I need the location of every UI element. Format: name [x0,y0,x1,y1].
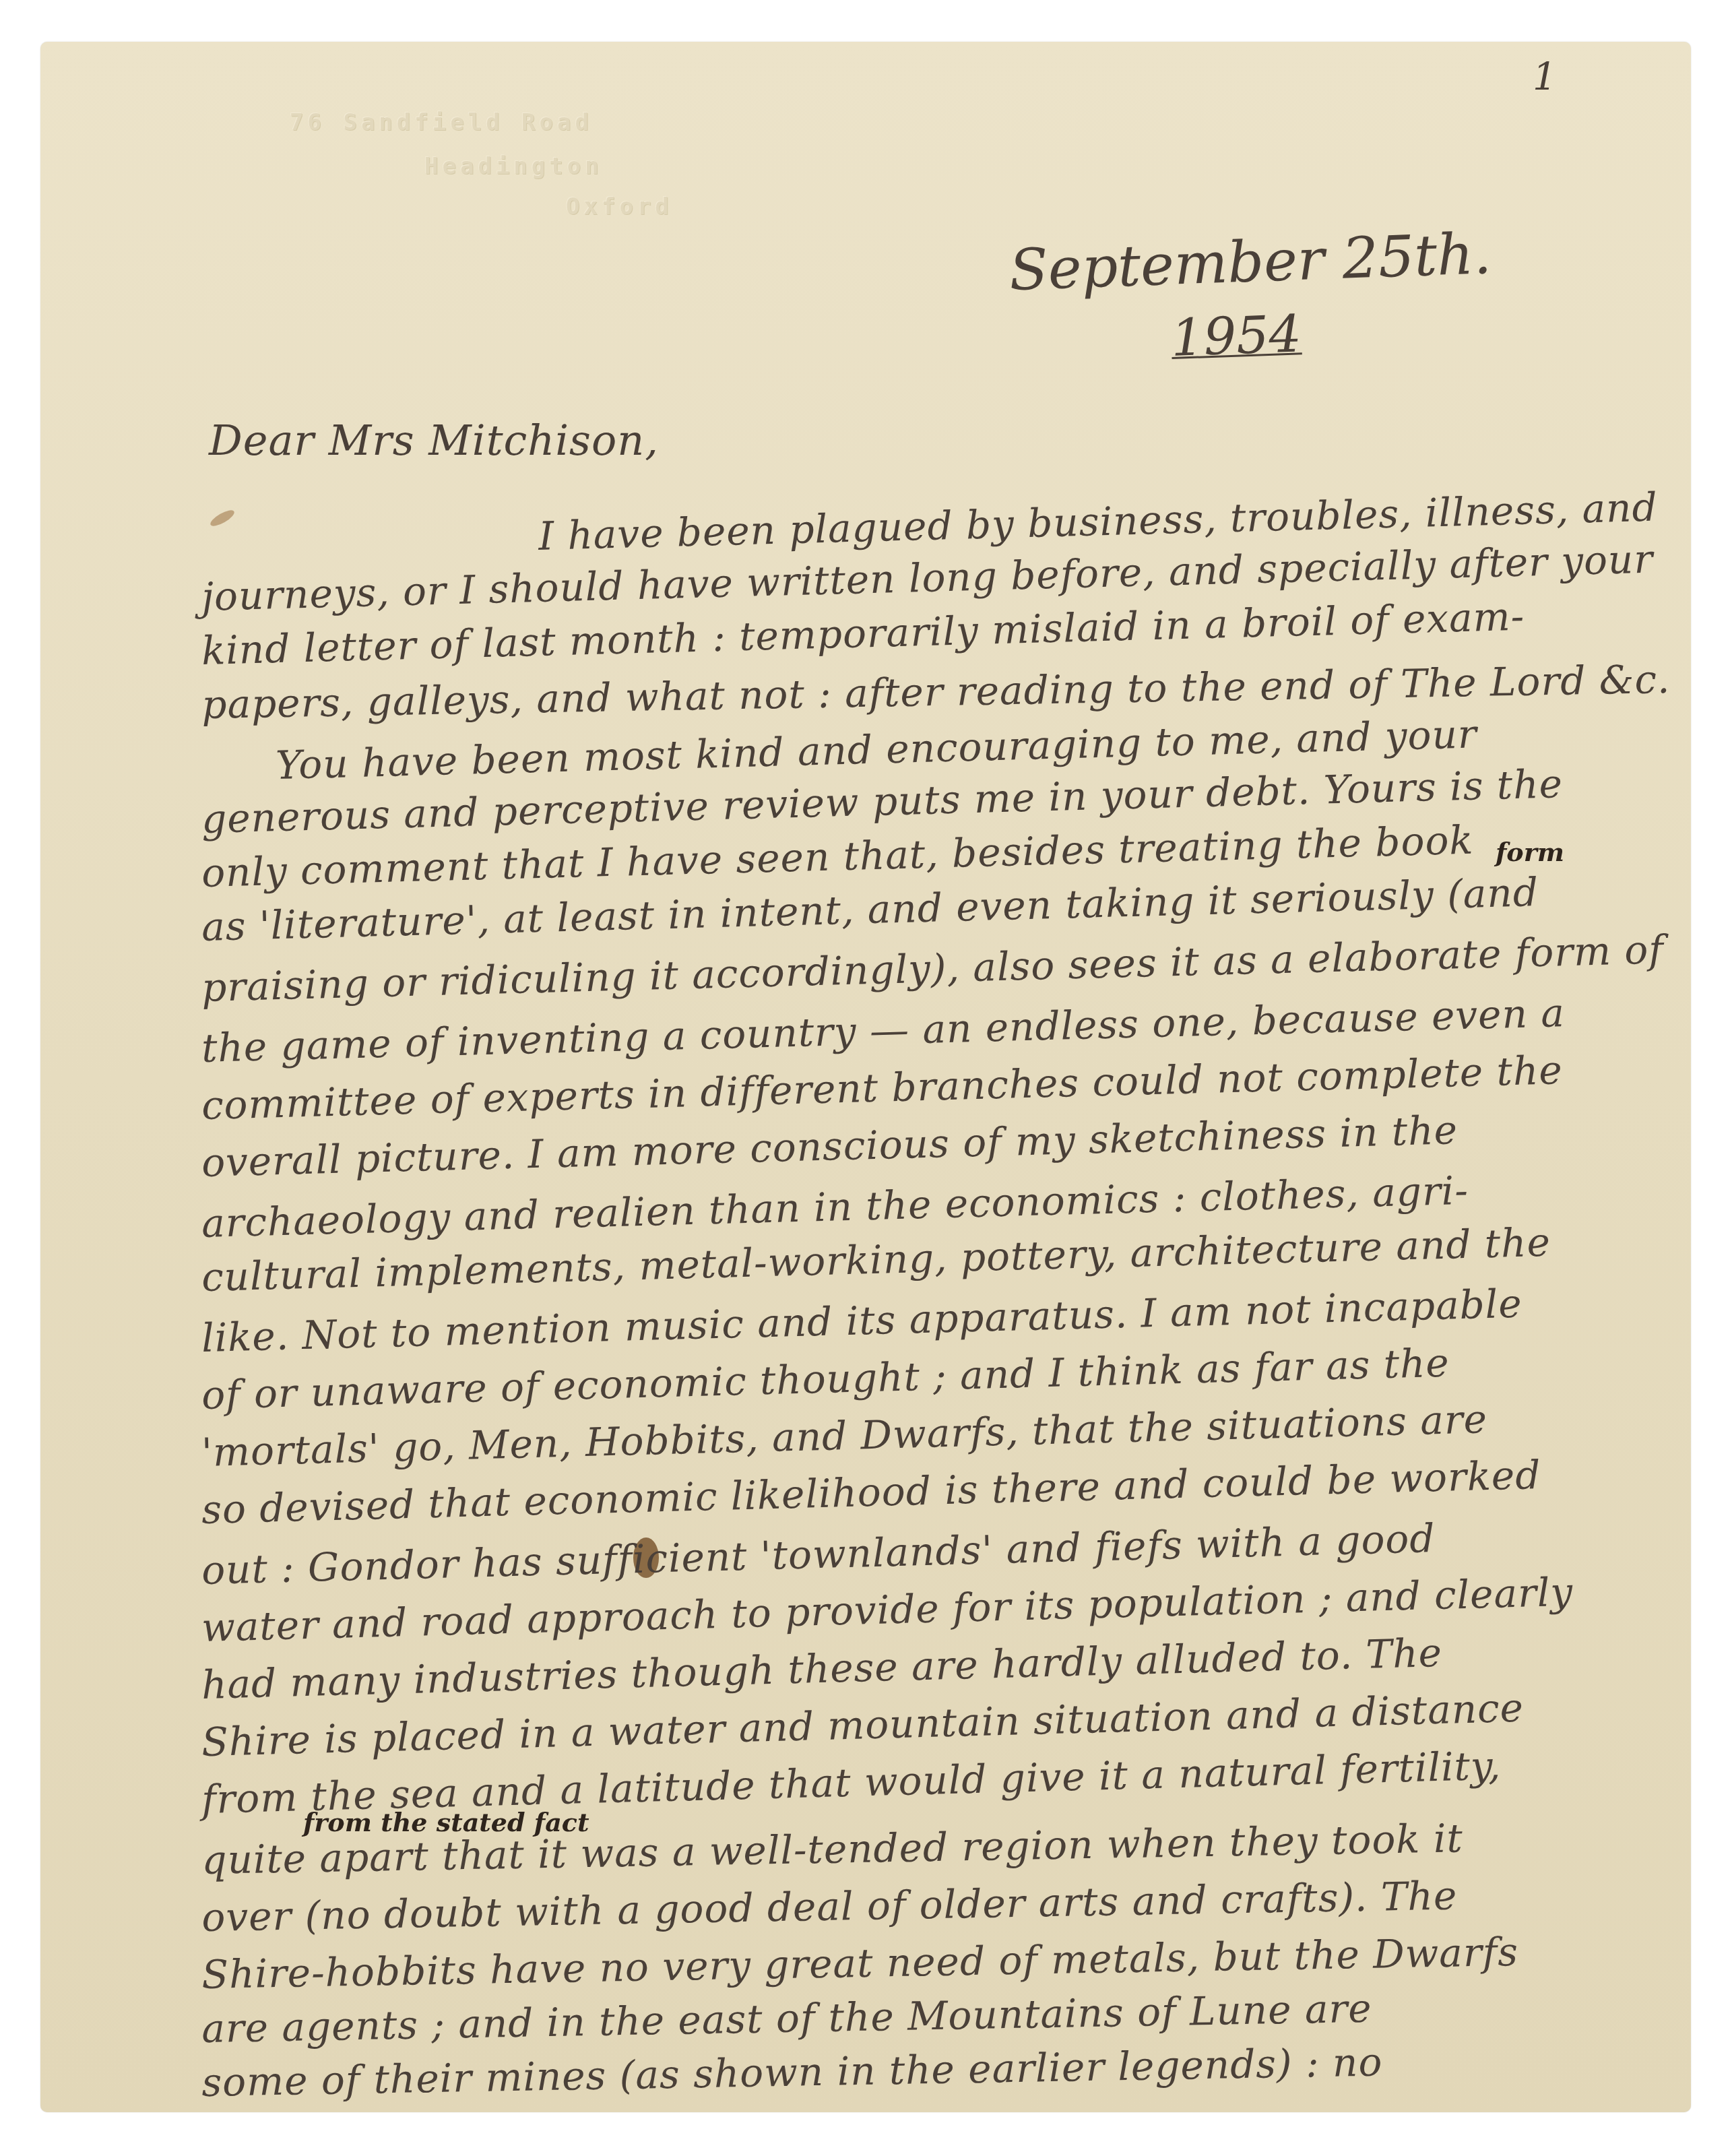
ink-stain [208,507,236,529]
letter-page: 76 Sandfield Road Headington Oxford 1 Se… [40,42,1691,2112]
salutation: Dear Mrs Mitchison, [209,416,659,465]
page-number: 1 [1533,55,1557,99]
insertion-form: form [1496,837,1564,867]
letterhead-city: Oxford [566,193,673,220]
letterhead-address: 76 Sandfield Road [290,109,593,136]
body-line-25: over (no doubt with a good deal of older… [201,1872,1458,1940]
date-day: September 25th. [1008,220,1493,303]
letterhead-town: Headington [424,153,603,180]
body-line-28: some of their mines (as shown in the ear… [201,2039,1383,2105]
date-year: 1954 [1170,303,1302,368]
